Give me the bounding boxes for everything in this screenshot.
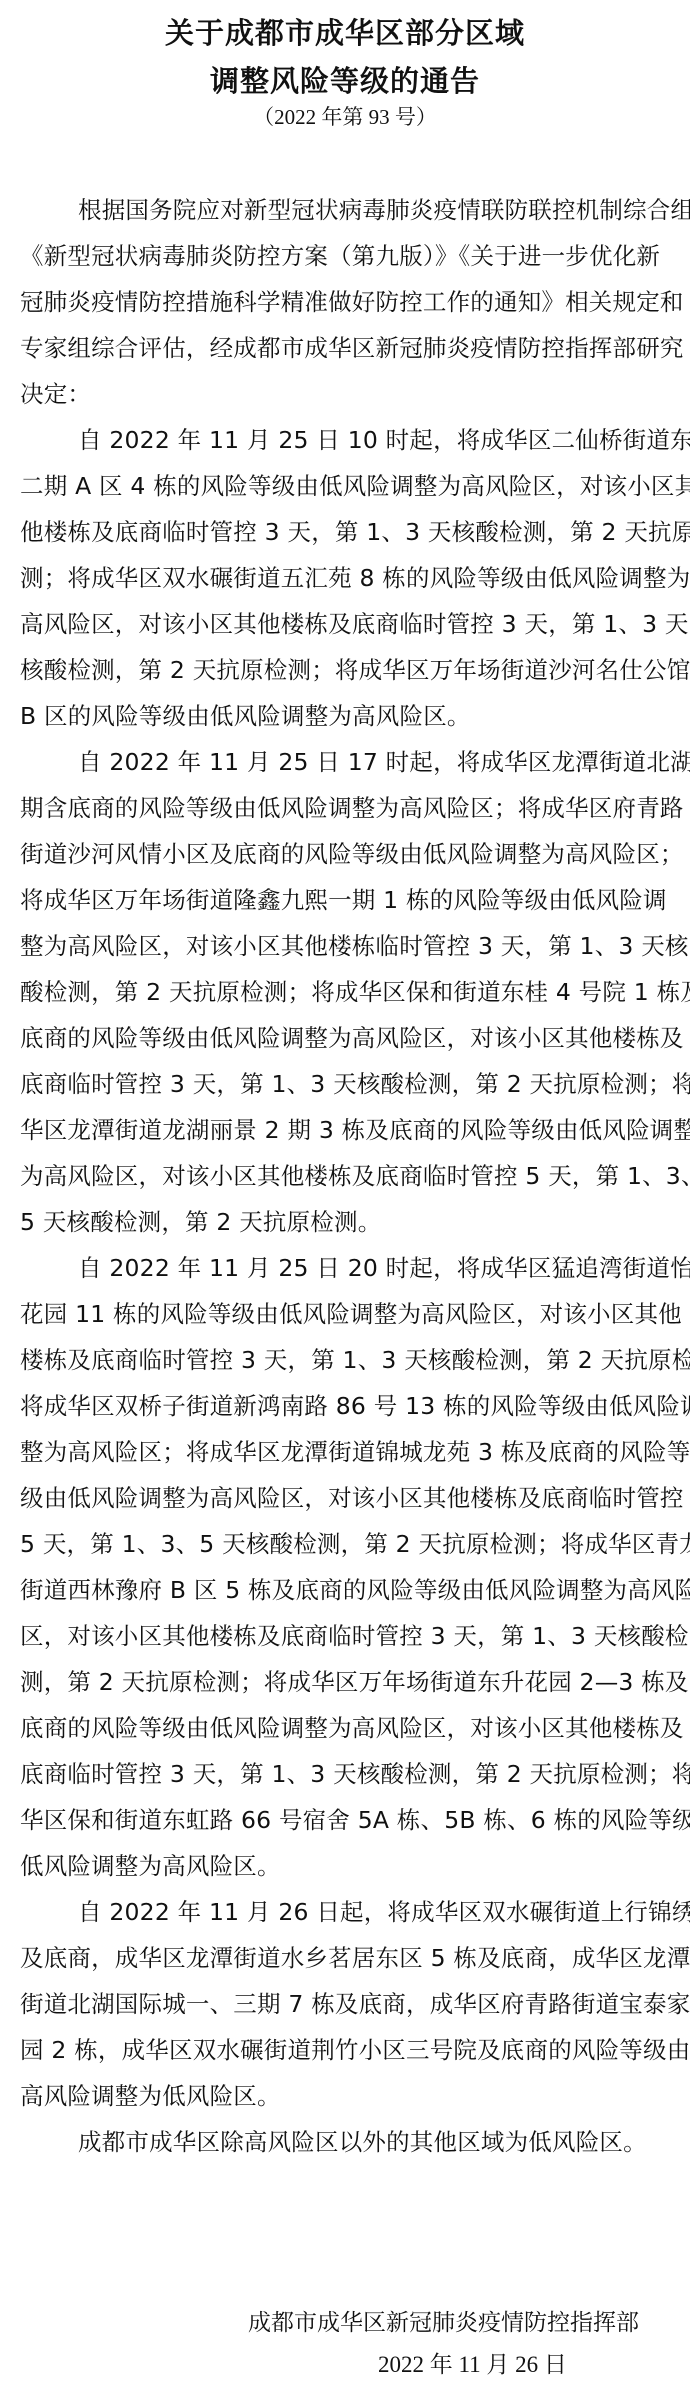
- paragraph-line: 5 天核酸检测，第 2 天抗原检测。: [20, 1202, 675, 1248]
- paragraph-line: 自 2022 年 11 月 26 日起，将成华区双水碾街道上行锦绣 4 栋: [20, 1892, 675, 1938]
- paragraph-line: 核酸检测，第 2 天抗原检测；将成华区万年场街道沙河名仕公馆: [20, 650, 675, 696]
- paragraph-line: 专家组综合评估，经成都市成华区新冠肺炎疫情防控指挥部研究: [20, 328, 675, 374]
- paragraph-line: 酸检测，第 2 天抗原检测；将成华区保和街道东桂 4 号院 1 栋及: [20, 972, 675, 1018]
- paragraph: 自 2022 年 11 月 25 日 20 时起，将成华区猛追湾街道怡和水岸花园…: [20, 1248, 675, 1892]
- title-line-1: 关于成都市成华区部分区域: [0, 16, 690, 50]
- paragraph-line: 街道北湖国际城一、三期 7 栋及底商，成华区府青路街道宝泰家: [20, 1984, 675, 2030]
- paragraph-line: 整为高风险区，对该小区其他楼栋临时管控 3 天，第 1、3 天核: [20, 926, 675, 972]
- paragraph-line: 区，对该小区其他楼栋及底商临时管控 3 天，第 1、3 天核酸检: [20, 1616, 675, 1662]
- paragraph: 成都市成华区除高风险区以外的其他区域为低风险区。: [20, 2122, 675, 2168]
- paragraph-line: 及底商，成华区龙潭街道水乡茗居东区 5 栋及底商，成华区龙潭: [20, 1938, 675, 1984]
- paragraph-line: 冠肺炎疫情防控措施科学精准做好防控工作的通知》相关规定和: [20, 282, 675, 328]
- paragraph: 自 2022 年 11 月 25 日 10 时起，将成华区二仙桥街道东城映象二期…: [20, 420, 675, 742]
- paragraph-line: 整为高风险区；将成华区龙潭街道锦城龙苑 3 栋及底商的风险等: [20, 1432, 675, 1478]
- paragraph-line: 底商临时管控 3 天，第 1、3 天核酸检测，第 2 天抗原检测；将成: [20, 1064, 675, 1110]
- paragraph-line: 街道西林豫府 B 区 5 栋及底商的风险等级由低风险调整为高风险: [20, 1570, 675, 1616]
- paragraph-line: 自 2022 年 11 月 25 日 17 时起，将成华区龙潭街道北湖印象四: [20, 742, 675, 788]
- paragraph-line: 底商的风险等级由低风险调整为高风险区，对该小区其他楼栋及: [20, 1708, 675, 1754]
- paragraph-line: 《新型冠状病毒肺炎防控方案（第九版）》《关于进一步优化新: [20, 236, 675, 282]
- paragraph-line: 自 2022 年 11 月 25 日 20 时起，将成华区猛追湾街道怡和水岸: [20, 1248, 675, 1294]
- paragraph-line: 高风险调整为低风险区。: [20, 2076, 675, 2122]
- paragraph: 根据国务院应对新型冠状病毒肺炎疫情联防联控机制综合组《新型冠状病毒肺炎防控方案（…: [20, 190, 675, 420]
- paragraph: 自 2022 年 11 月 26 日起，将成华区双水碾街道上行锦绣 4 栋及底商…: [20, 1892, 675, 2122]
- paragraph-line: 园 2 栋，成华区双水碾街道荆竹小区三号院及底商的风险等级由: [20, 2030, 675, 2076]
- paragraph-line: 楼栋及底商临时管控 3 天，第 1、3 天核酸检测，第 2 天抗原检测；: [20, 1340, 675, 1386]
- paragraph-line: 华区保和街道东虹路 66 号宿舍 5A 栋、5B 栋、6 栋的风险等级由: [20, 1800, 675, 1846]
- paragraph-line: B 区的风险等级由低风险调整为高风险区。: [20, 696, 675, 742]
- paragraph-line: 二期 A 区 4 栋的风险等级由低风险调整为高风险区，对该小区其: [20, 466, 675, 512]
- paragraph-line: 5 天，第 1、3、5 天核酸检测，第 2 天抗原检测；将成华区青龙: [20, 1524, 675, 1570]
- issuer: 成都市成华区新冠肺炎疫情防控指挥部: [248, 2308, 639, 2338]
- paragraph-line: 高风险区，对该小区其他楼栋及底商临时管控 3 天，第 1、3 天: [20, 604, 675, 650]
- paragraph-line: 街道沙河风情小区及底商的风险等级由低风险调整为高风险区；: [20, 834, 675, 880]
- paragraph-line: 级由低风险调整为高风险区，对该小区其他楼栋及底商临时管控: [20, 1478, 675, 1524]
- paragraph-line: 期含底商的风险等级由低风险调整为高风险区；将成华区府青路: [20, 788, 675, 834]
- paragraph-line: 根据国务院应对新型冠状病毒肺炎疫情联防联控机制综合组: [20, 190, 675, 236]
- paragraph-line: 成都市成华区除高风险区以外的其他区域为低风险区。: [20, 2122, 675, 2168]
- paragraph-line: 底商临时管控 3 天，第 1、3 天核酸检测，第 2 天抗原检测；将成: [20, 1754, 675, 1800]
- paragraph-line: 低风险调整为高风险区。: [20, 1846, 675, 1892]
- paragraph-line: 测；将成华区双水碾街道五汇苑 8 栋的风险等级由低风险调整为: [20, 558, 675, 604]
- paragraph: 自 2022 年 11 月 25 日 17 时起，将成华区龙潭街道北湖印象四期含…: [20, 742, 675, 1248]
- paragraph-line: 测，第 2 天抗原检测；将成华区万年场街道东升花园 2—3 栋及: [20, 1662, 675, 1708]
- paragraph-line: 他楼栋及底商临时管控 3 天，第 1、3 天核酸检测，第 2 天抗原检: [20, 512, 675, 558]
- paragraph-line: 将成华区双桥子街道新鸿南路 86 号 13 栋的风险等级由低风险调: [20, 1386, 675, 1432]
- doc-number: （2022 年第 93 号）: [0, 104, 690, 130]
- title-line-2: 调整风险等级的通告: [0, 64, 690, 98]
- issue-date: 2022 年 11 月 26 日: [378, 2350, 567, 2380]
- paragraph-line: 决定：: [20, 374, 675, 420]
- notice-body: 根据国务院应对新型冠状病毒肺炎疫情联防联控机制综合组《新型冠状病毒肺炎防控方案（…: [20, 190, 675, 2168]
- paragraph-line: 为高风险区，对该小区其他楼栋及底商临时管控 5 天，第 1、3、: [20, 1156, 675, 1202]
- paragraph-line: 将成华区万年场街道隆鑫九熙一期 1 栋的风险等级由低风险调: [20, 880, 675, 926]
- paragraph-line: 底商的风险等级由低风险调整为高风险区，对该小区其他楼栋及: [20, 1018, 675, 1064]
- paragraph-line: 华区龙潭街道龙湖丽景 2 期 3 栋及底商的风险等级由低风险调整: [20, 1110, 675, 1156]
- paragraph-line: 自 2022 年 11 月 25 日 10 时起，将成华区二仙桥街道东城映象: [20, 420, 675, 466]
- paragraph-line: 花园 11 栋的风险等级由低风险调整为高风险区，对该小区其他: [20, 1294, 675, 1340]
